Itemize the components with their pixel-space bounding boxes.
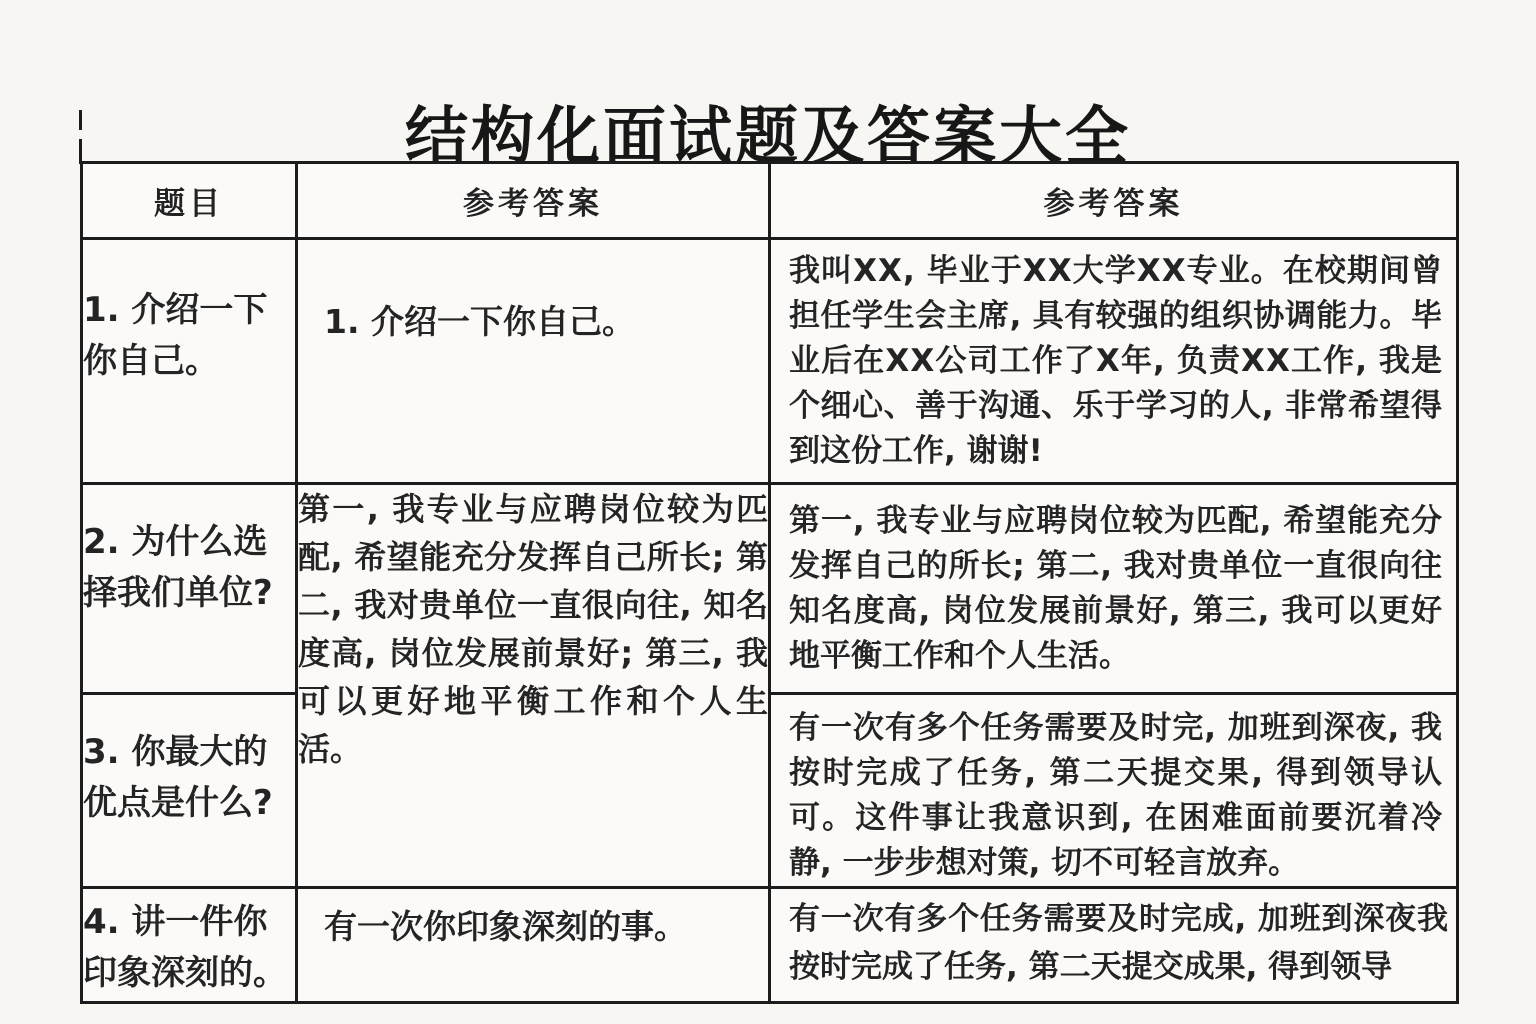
table-row: 4. 讲一件你印象深刻的。 有一次你印象深刻的事。 有一次有多个任务需要及时完成…	[82, 888, 1458, 1003]
question-4-cell: 4. 讲一件你印象深刻的。	[82, 888, 297, 1003]
answer2-row4-cell: 有一次有多个任务需要及时完成, 加班到深夜我按时完成了任务, 第二天提交成果, …	[770, 888, 1458, 1003]
header-reference-answer-2: 参考答案	[770, 163, 1458, 239]
answer2-row2-cell: 第一, 我专业与应聘岗位较为匹配, 希望能充分发挥自己的所长; 第二, 我对贵单…	[770, 484, 1458, 694]
question-3-cell: 3. 你最大的优点是什么?	[82, 694, 297, 888]
answer1-merged-rows2-3-cell: 第一, 我专业与应聘岗位较为匹配, 希望能充分发挥自己所长; 第二, 我对贵单位…	[297, 484, 770, 888]
header-row: 题目 参考答案 参考答案	[82, 163, 1458, 239]
table-row: 1. 介绍一下你自己。 1. 介绍一下你自己。 我叫ⅩⅩ, 毕业于ⅩⅩ大学ⅩⅩ专…	[82, 239, 1458, 484]
table-row: 3. 你最大的优点是什么? 有一次有多个任务需要及时完, 加班到深夜, 我按时完…	[82, 694, 1458, 888]
answer2-row1-cell: 我叫ⅩⅩ, 毕业于ⅩⅩ大学ⅩⅩ专业。在校期间曾担任学生会主席, 具有较强的组织协…	[770, 239, 1458, 484]
answer2-row3-cell: 有一次有多个任务需要及时完, 加班到深夜, 我按时完成了任务, 第二天提交果, …	[770, 694, 1458, 888]
answer1-row1-cell: 1. 介绍一下你自己。	[297, 239, 770, 484]
stray-tick-mark	[79, 110, 82, 130]
header-reference-answer-1: 参考答案	[297, 163, 770, 239]
interview-qa-table: 题目 参考答案 参考答案 1. 介绍一下你自己。 1. 介绍一下你自己。 我叫Ⅹ…	[80, 161, 1459, 1004]
header-question: 题目	[82, 163, 297, 239]
table-row: 2. 为什么选择我们单位? 第一, 我专业与应聘岗位较为匹配, 希望能充分发挥自…	[82, 484, 1458, 694]
question-2-cell: 2. 为什么选择我们单位?	[82, 484, 297, 694]
question-1-cell: 1. 介绍一下你自己。	[82, 239, 297, 484]
answer1-row4-cell: 有一次你印象深刻的事。	[297, 888, 770, 1003]
